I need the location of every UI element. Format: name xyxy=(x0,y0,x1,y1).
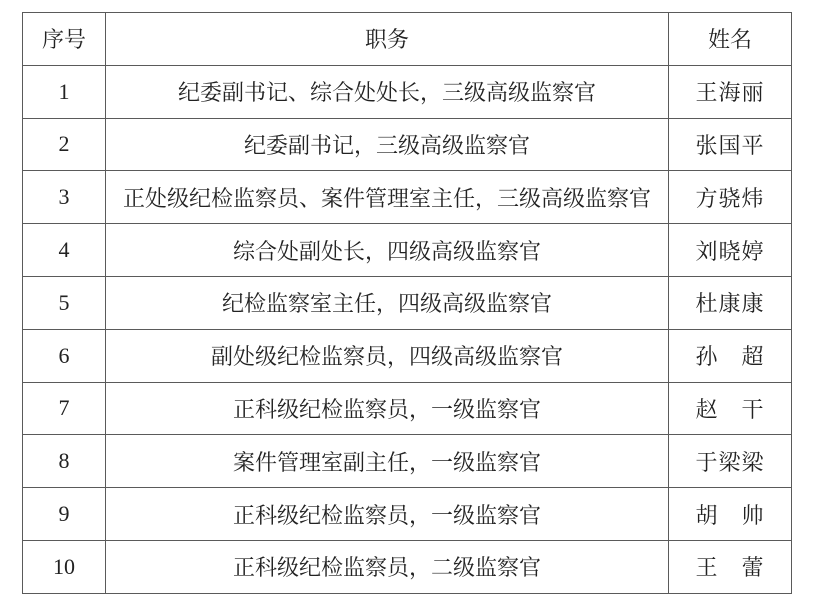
row-position: 案件管理室副主任，一级监察官 xyxy=(106,435,669,488)
row-name: 孙 超 xyxy=(669,329,792,382)
row-position: 正处级纪检监察员、案件管理室主任，三级高级监察官 xyxy=(106,171,669,224)
header-position: 职务 xyxy=(106,13,669,66)
row-index: 5 xyxy=(23,276,106,329)
row-position: 正科级纪检监察员，二级监察官 xyxy=(106,540,669,593)
row-index: 7 xyxy=(23,382,106,435)
table-row: 3 正处级纪检监察员、案件管理室主任，三级高级监察官 方骁炜 xyxy=(23,171,792,224)
header-row: 序号 职务 姓名 xyxy=(23,13,792,66)
row-name: 方骁炜 xyxy=(669,171,792,224)
row-name: 于梁梁 xyxy=(669,435,792,488)
staff-roster-table: 序号 职务 姓名 1 纪委副书记、综合处处长，三级高级监察官 王海丽 2 纪委副… xyxy=(22,12,792,594)
row-position: 纪委副书记，三级高级监察官 xyxy=(106,118,669,171)
row-position: 综合处副处长，四级高级监察官 xyxy=(106,224,669,277)
row-index: 9 xyxy=(23,488,106,541)
row-name: 王海丽 xyxy=(669,65,792,118)
row-position: 正科级纪检监察员，一级监察官 xyxy=(106,382,669,435)
row-name: 赵 干 xyxy=(669,382,792,435)
row-index: 6 xyxy=(23,329,106,382)
row-index: 8 xyxy=(23,435,106,488)
header-index: 序号 xyxy=(23,13,106,66)
table-row: 10 正科级纪检监察员，二级监察官 王 蕾 xyxy=(23,540,792,593)
row-index: 3 xyxy=(23,171,106,224)
row-index: 2 xyxy=(23,118,106,171)
row-position: 正科级纪检监察员，一级监察官 xyxy=(106,488,669,541)
row-index: 1 xyxy=(23,65,106,118)
row-name: 杜康康 xyxy=(669,276,792,329)
table-row: 1 纪委副书记、综合处处长，三级高级监察官 王海丽 xyxy=(23,65,792,118)
table-row: 4 综合处副处长，四级高级监察官 刘晓婷 xyxy=(23,224,792,277)
table-row: 6 副处级纪检监察员，四级高级监察官 孙 超 xyxy=(23,329,792,382)
row-position: 副处级纪检监察员，四级高级监察官 xyxy=(106,329,669,382)
row-position: 纪检监察室主任，四级高级监察官 xyxy=(106,276,669,329)
row-name: 王 蕾 xyxy=(669,540,792,593)
table-row: 7 正科级纪检监察员，一级监察官 赵 干 xyxy=(23,382,792,435)
row-index: 10 xyxy=(23,540,106,593)
table-row: 5 纪检监察室主任，四级高级监察官 杜康康 xyxy=(23,276,792,329)
row-name: 胡 帅 xyxy=(669,488,792,541)
table-row: 9 正科级纪检监察员，一级监察官 胡 帅 xyxy=(23,488,792,541)
row-name: 张国平 xyxy=(669,118,792,171)
row-index: 4 xyxy=(23,224,106,277)
table-row: 2 纪委副书记，三级高级监察官 张国平 xyxy=(23,118,792,171)
row-position: 纪委副书记、综合处处长，三级高级监察官 xyxy=(106,65,669,118)
table-row: 8 案件管理室副主任，一级监察官 于梁梁 xyxy=(23,435,792,488)
header-name: 姓名 xyxy=(669,13,792,66)
row-name: 刘晓婷 xyxy=(669,224,792,277)
